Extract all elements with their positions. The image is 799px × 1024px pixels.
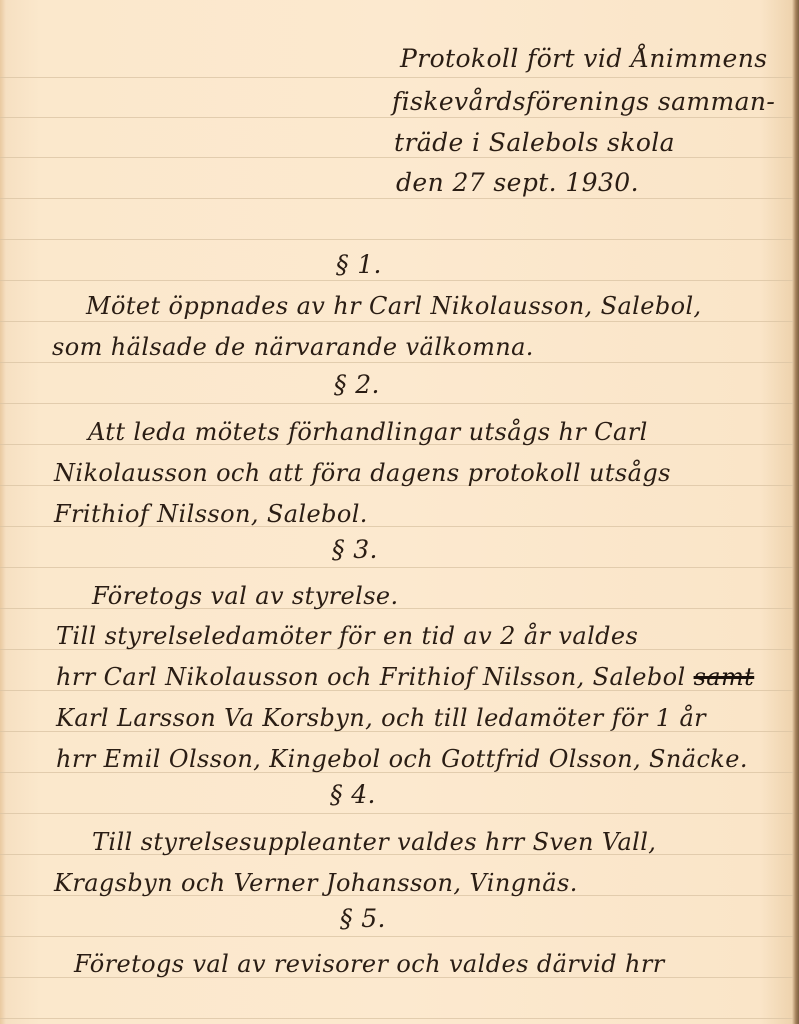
section-line: Till styrelsesuppleanter valdes hrr Sven… (92, 828, 656, 856)
ruled-line (0, 403, 793, 404)
section-number: § 3. (332, 535, 378, 564)
section-line: Till styrelseledamöter för en tid av 2 å… (56, 622, 638, 650)
section-number: § 1. (336, 250, 382, 279)
ruled-line (0, 1018, 793, 1019)
heading-line: träde i Salebols skola (394, 128, 675, 157)
section-line: Nikolausson och att föra dagens protokol… (54, 459, 671, 487)
ruled-line (0, 198, 793, 199)
heading-date: den 27 sept. 1930. (396, 168, 639, 197)
section-line-text: hrr Carl Nikolausson och Frithiof Nilsso… (56, 663, 686, 691)
section-line: Karl Larsson Va Korsbyn, och till ledamö… (56, 704, 706, 732)
section-number: § 2. (334, 370, 380, 399)
ruled-line (0, 157, 793, 158)
ruled-line (0, 77, 793, 78)
section-line: Att leda mötets förhandlingar utsågs hr … (88, 418, 648, 446)
heading-line: fiskevårdsförenings samman- (392, 87, 775, 116)
ruled-line (0, 936, 793, 937)
section-number: § 4. (330, 780, 376, 809)
section-line: som hälsade de närvarande välkomna. (52, 333, 534, 361)
ruled-line (0, 813, 793, 814)
heading-line: Protokoll fört vid Ånimmens (400, 44, 767, 73)
ruled-line (0, 362, 793, 363)
section-number: § 5. (340, 904, 386, 933)
ruled-line (0, 321, 793, 322)
ruled-line (0, 239, 793, 240)
section-line: Företogs val av styrelse. (92, 582, 399, 610)
section-line: Företogs val av revisorer och valdes där… (74, 950, 665, 978)
section-line: Kragsbyn och Verner Johansson, Vingnäs. (54, 869, 578, 897)
section-line: Frithiof Nilsson, Salebol. (54, 500, 368, 528)
struck-word: samt (694, 663, 755, 691)
section-line: hrr Emil Olsson, Kingebol och Gottfrid O… (56, 745, 748, 773)
manuscript-page: Protokoll fört vid Ånimmens fiskevårdsfö… (0, 0, 799, 1024)
ruled-line (0, 567, 793, 568)
ruled-line (0, 280, 793, 281)
section-line: hrr Carl Nikolausson och Frithiof Nilsso… (56, 663, 754, 691)
ruled-line (0, 117, 793, 118)
section-line: Mötet öppnades av hr Carl Nikolausson, S… (86, 292, 702, 320)
